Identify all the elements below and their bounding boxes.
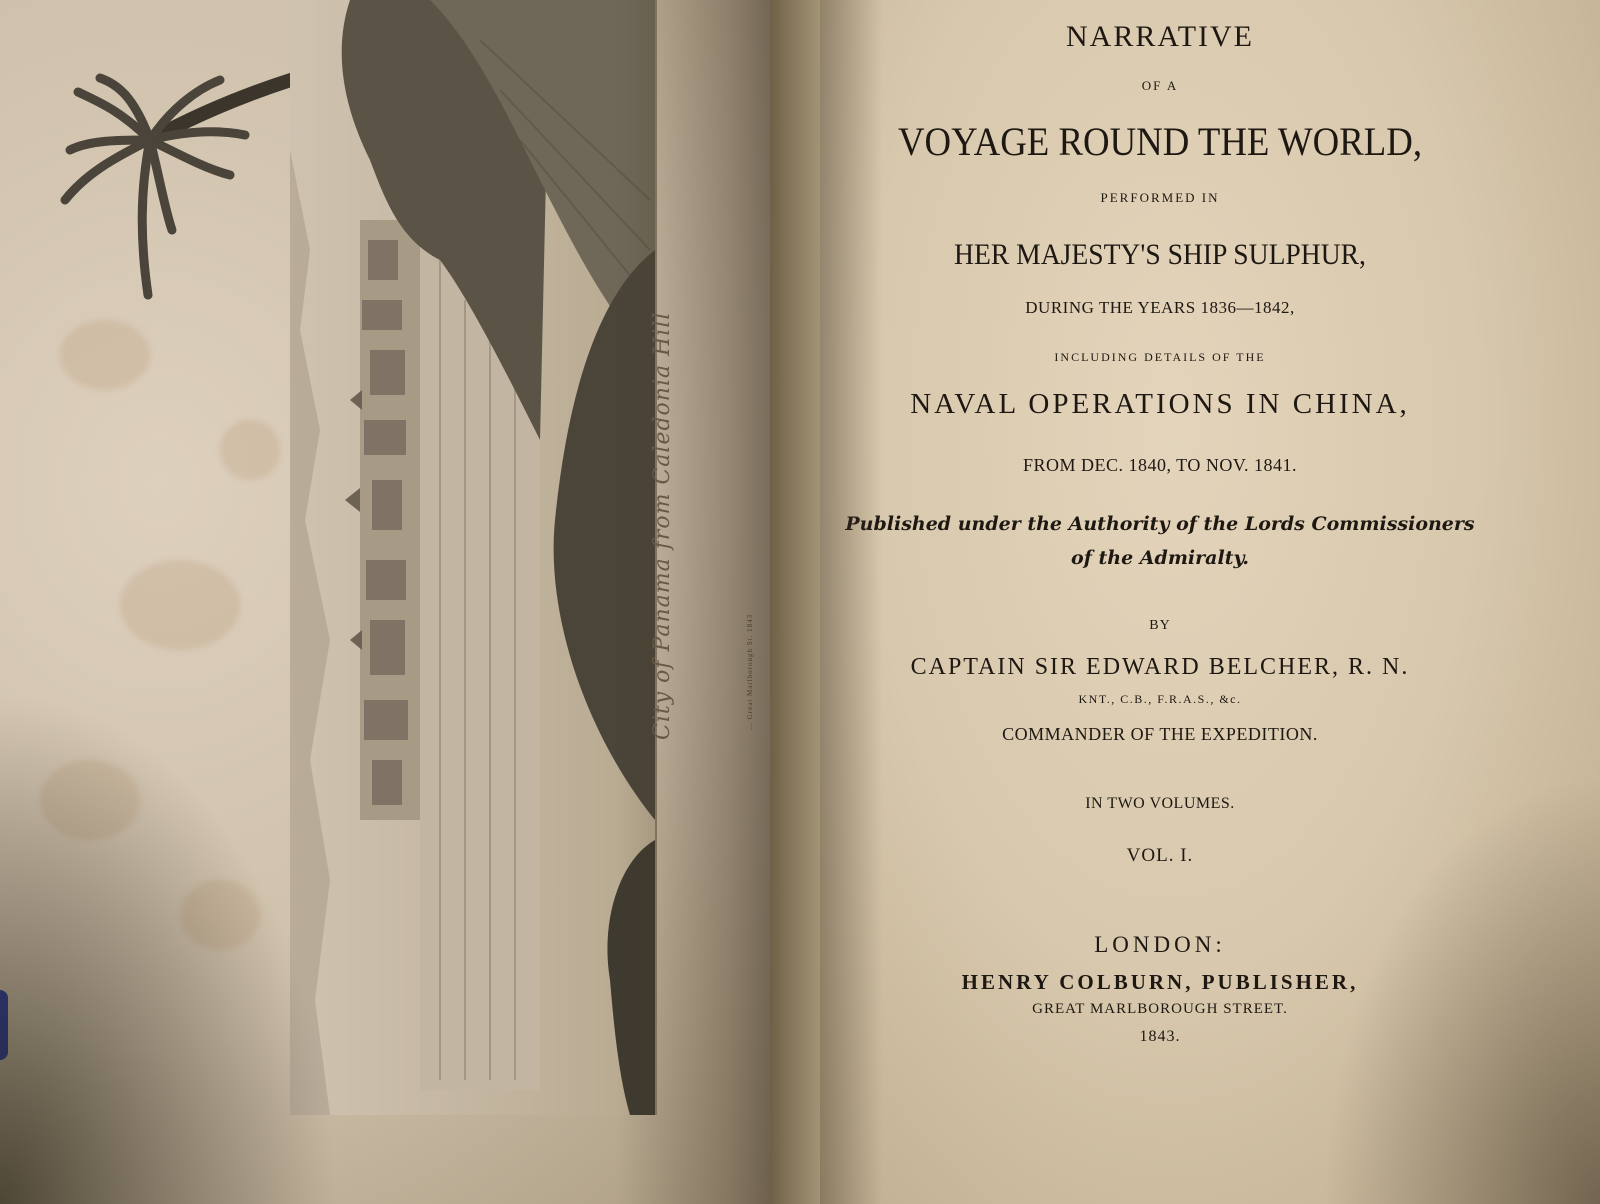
foxing-stain — [60, 320, 150, 390]
title-including: INCLUDING DETAILS OF THE — [820, 350, 1500, 365]
engraving-plate — [290, 0, 657, 1115]
imprint-year: 1843. — [820, 1028, 1500, 1046]
imprint-street: GREAT MARLBOROUGH STREET. — [820, 1001, 1500, 1018]
author-name: CAPTAIN SIR EDWARD BELCHER, R. N. — [820, 654, 1500, 681]
foxing-stain — [220, 420, 280, 480]
foxing-stain — [40, 760, 140, 840]
imprint-publisher: HENRY COLBURN, PUBLISHER, — [820, 970, 1500, 995]
plate-imprint: … Great Marlborough St. 1843 — [746, 614, 754, 730]
title-narrative: NARRATIVE — [820, 20, 1500, 54]
landscape-engraving — [290, 0, 655, 1115]
title-main: VOYAGE ROUND THE WORLD, — [847, 118, 1473, 165]
title-of-a: OF A — [820, 78, 1500, 94]
author-by: BY — [820, 618, 1500, 634]
blue-object-edge — [0, 990, 8, 1060]
title-years: DURING THE YEARS 1836—1842, — [820, 298, 1500, 318]
title-page: NARRATIVE OF A VOYAGE ROUND THE WORLD, P… — [820, 0, 1600, 1204]
authority-line-2: of the Admiralty. — [820, 547, 1500, 569]
title-performed-in: PERFORMED IN — [820, 190, 1500, 206]
engraving-caption: City of Panama from Caledonia Hill — [650, 312, 675, 740]
imprint-city: LONDON: — [820, 932, 1500, 958]
title-dates: FROM DEC. 1840, TO NOV. 1841. — [820, 455, 1500, 476]
foxing-stain — [120, 560, 240, 650]
frontispiece-page: City of Panama from Caledonia Hill … Gre… — [0, 0, 790, 1204]
author-honours: KNT., C.B., F.R.A.S., &c. — [820, 692, 1500, 707]
book-spread: City of Panama from Caledonia Hill … Gre… — [0, 0, 1600, 1204]
title-ship: HER MAJESTY'S SHIP SULPHUR, — [847, 238, 1473, 272]
foxing-stain — [180, 880, 260, 950]
author-role: COMMANDER OF THE EXPEDITION. — [820, 724, 1500, 745]
volume-count: IN TWO VOLUMES. — [820, 795, 1500, 813]
title-naval-operations: NAVAL OPERATIONS IN CHINA, — [820, 388, 1500, 421]
volume-number: VOL. I. — [820, 845, 1500, 867]
authority-line-1: Published under the Authority of the Lor… — [820, 513, 1500, 535]
